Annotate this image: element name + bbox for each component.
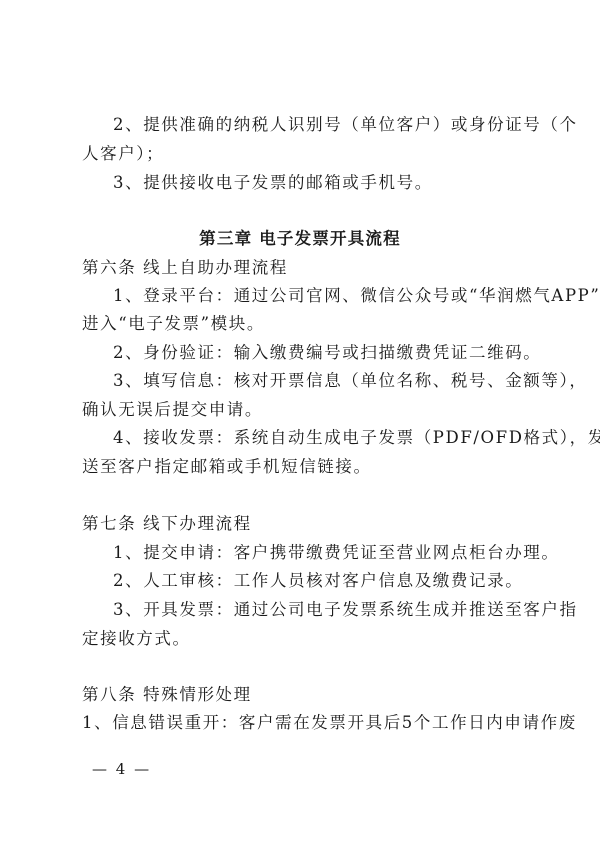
article-7-item-1: 1、提交申请：客户携带缴费凭证至营业网点柜台办理。 [113, 543, 528, 563]
article-6-item-4-line-2: 送至客户指定邮箱或手机短信链接。 [82, 457, 528, 477]
chapter-heading: 第三章 电子发票开具流程 [0, 229, 600, 249]
article-7-title: 第七条 线下办理流程 [82, 514, 528, 534]
article-6-title: 第六条 线上自助办理流程 [82, 258, 528, 278]
article-6-item-1-line-1: 1、登录平台：通过公司官网、微信公众号或“华润燃气APP” [113, 286, 528, 306]
requirement-2-line-1: 2、提供准确的纳税人识别号（单位客户）或身份证号（个 [113, 115, 528, 135]
article-6-item-4-line-1: 4、接收发票：系统自动生成电子发票（PDF/OFD格式），发 [113, 428, 528, 448]
article-6-item-1-line-2: 进入“电子发票”模块。 [82, 314, 528, 334]
article-7-item-3-line-2: 定接收方式。 [82, 629, 528, 649]
article-7-item-2: 2、人工审核：工作人员核对客户信息及缴费记录。 [113, 571, 528, 591]
requirement-2-line-2: 人客户）； [82, 144, 528, 164]
article-6-item-3-line-1: 3、填写信息：核对开票信息（单位名称、税号、金额等）， [113, 371, 528, 391]
page-number: — 4 — [92, 760, 151, 778]
requirement-3: 3、提供接收电子发票的邮箱或手机号。 [113, 173, 528, 193]
article-6-item-3-line-2: 确认无误后提交申请。 [82, 400, 528, 420]
article-8-title: 第八条 特殊情形处理 [82, 685, 528, 705]
article-6-item-2: 2、身份验证：输入缴费编号或扫描缴费凭证二维码。 [113, 343, 528, 363]
article-7-item-3-line-1: 3、开具发票：通过公司电子发票系统生成并推送至客户指 [113, 600, 528, 620]
article-8-item-1: 1、信息错误重开：客户需在发票开具后5个工作日内申请作废 [82, 713, 528, 733]
